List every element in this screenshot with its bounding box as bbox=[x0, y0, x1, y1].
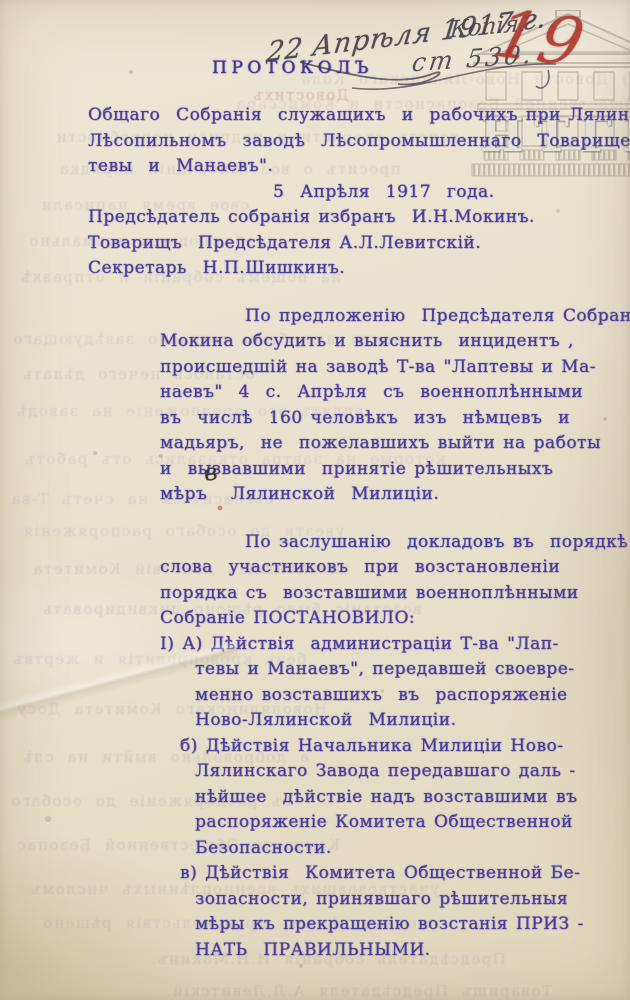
typed-line: мадьяръ, не пожелавшихъ выйти на работы bbox=[160, 431, 608, 457]
typed-line: НАТЬ ПРАВИЛЬНЫМИ. bbox=[195, 938, 608, 964]
typed-line: Общаго Собранія служащихъ и рабочихъ при… bbox=[88, 103, 608, 129]
typed-line: тевы и Манаевъ", передавшей своевре- bbox=[195, 657, 608, 683]
typed-line: Ново-Лялинской Милиціи. bbox=[195, 708, 608, 734]
bleedthrough-line: Товарищъ Предсѣдателя А.Л.Левитскій. bbox=[165, 982, 552, 1000]
typed-line: нѣйшее дѣйствіе надъ возставшими въ bbox=[195, 785, 608, 811]
typed-line: порядка съ возставшими военноплѣнными bbox=[160, 581, 608, 607]
typed-line: Безопасности. bbox=[195, 836, 608, 862]
typed-line: наевъ" 4 с. Апрѣля съ военноплѣнными bbox=[160, 380, 608, 406]
typed-line: тевы и Манаевъ". bbox=[88, 154, 608, 180]
typed-line: Товарищъ Предсѣдателя А.Л.Левитскій. bbox=[88, 231, 608, 257]
typed-line: происшедшій на заводѣ Т-ва "Лаптевы и Ма… bbox=[160, 355, 608, 381]
typed-line: зопасности, принявшаго рѣшительныя bbox=[195, 887, 608, 913]
typed-line: Лѣсопильномъ заводѣ Лѣсопромышленнаго То… bbox=[88, 129, 608, 155]
typed-line: слова участниковъ при возстановленіи bbox=[160, 555, 608, 581]
typed-lines: Общаго Собранія служащихъ и рабочихъ при… bbox=[88, 103, 608, 963]
paper-specks bbox=[0, 0, 2, 2]
typed-line: и вызвавшими принятіе рѣшительныхъ bbox=[160, 457, 608, 483]
document-page: Довостихъ 2) Довости Ново-Лялинскаго Кол… bbox=[0, 0, 630, 1000]
typed-line: мѣръ Лялинской Милиціи. bbox=[160, 482, 608, 508]
document-title: ПРОТОКОЛЪ bbox=[212, 55, 608, 81]
typed-line: в) Дѣйствія Комитета Общественной Бе- bbox=[180, 861, 608, 887]
typed-line: мѣры къ прекращенію возстанія ПРИЗ - bbox=[195, 912, 608, 938]
typed-line: распоряженіе Комитета Общественной bbox=[195, 810, 608, 836]
typed-body: ПРОТОКОЛЪ Общаго Собранія служащихъ и ра… bbox=[88, 55, 608, 963]
typed-line: Собраніе ПОСТАНОВИЛО: bbox=[160, 606, 608, 632]
typed-line: 5 Апрѣля 1917 года. bbox=[273, 180, 608, 206]
typed-line: Лялинскаго Завода передавшаго даль - bbox=[195, 759, 608, 785]
typed-line: Секретарь Н.П.Шишкинъ. bbox=[88, 256, 608, 282]
typed-line: б) Дѣйствія Начальника Милиціи Ново- bbox=[180, 734, 608, 760]
typed-line: въ числѣ 160 человѣкъ изъ нѣмцевъ и bbox=[160, 406, 608, 432]
copy-note: Копія. bbox=[449, 11, 527, 44]
typed-line: менно возставшихъ въ распоряженіе bbox=[195, 683, 608, 709]
typed-line: Предсѣдатель собранія избранъ И.Н.Мокинъ… bbox=[88, 205, 608, 231]
typed-line: Мокина обсудить и выяснить инцидентъ , bbox=[160, 329, 608, 355]
typed-line: По предложенію Предсѣдателя Собранія bbox=[245, 304, 608, 330]
typed-line: I) А) Дѣйствія администраціи Т-ва "Лап- bbox=[160, 632, 608, 658]
typed-line: По заслушанію докладовъ въ порядкѣ bbox=[245, 530, 608, 556]
